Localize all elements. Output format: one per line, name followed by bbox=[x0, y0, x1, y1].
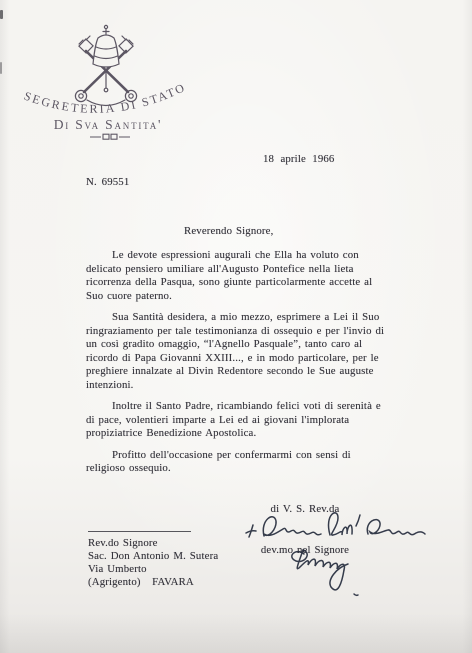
salutation: Reverendo Signore, bbox=[184, 225, 273, 239]
recipient-address: Rev.do Signore Sac. Don Antonio M. Suter… bbox=[88, 537, 218, 589]
recipient-rule bbox=[88, 531, 191, 532]
signature-name-stroke bbox=[263, 513, 425, 536]
paragraph: Profitto dell'occasione per confermarmi … bbox=[86, 449, 391, 476]
letterhead-arc-title: SEGRETERIA DI STATO bbox=[22, 80, 188, 116]
vatican-coat-of-arms-icon bbox=[75, 25, 136, 105]
paragraph: Le devote espressioni augurali che Ella … bbox=[86, 249, 391, 303]
handwritten-signature bbox=[237, 504, 435, 606]
signature-cross-stroke bbox=[246, 525, 256, 537]
divider-ornament bbox=[90, 134, 130, 139]
letter-date: 18 aprile 1966 bbox=[263, 153, 334, 167]
paragraph: Sua Santità desidera, a mio mezzo, espri… bbox=[86, 311, 391, 392]
paragraph: Inoltre il Santo Padre, ricambiando feli… bbox=[86, 400, 391, 441]
protocol-number: N. 69551 bbox=[86, 176, 129, 190]
signature-title-stroke bbox=[292, 550, 358, 595]
letterhead: SEGRETERIA DI STATO Di Sva Santita' bbox=[2, 16, 220, 152]
scanned-letter-page: SEGRETERIA DI STATO Di Sva Santita' 18 a… bbox=[0, 0, 472, 653]
letterhead-subtitle: Di Sva Santita' bbox=[54, 117, 163, 132]
letter-body: Le devote espressioni augurali che Ella … bbox=[86, 249, 396, 484]
